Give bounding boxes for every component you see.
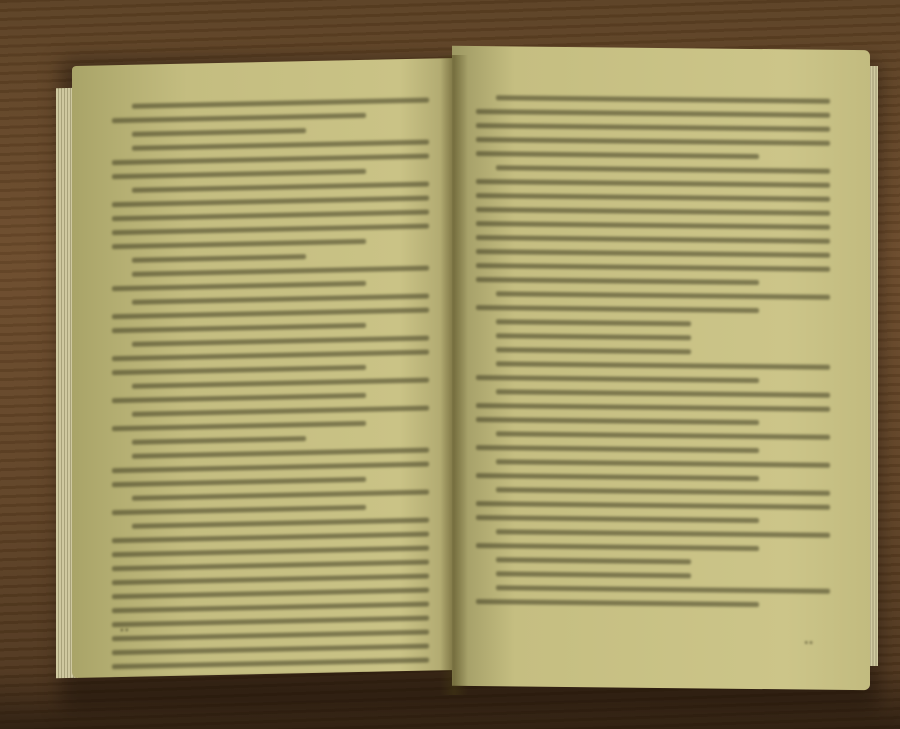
paragraph [476, 431, 830, 454]
text-line [112, 210, 429, 222]
text-line [112, 113, 366, 123]
text-line [132, 436, 306, 445]
text-line [476, 221, 830, 230]
text-line [132, 518, 429, 529]
paragraph [476, 557, 830, 566]
text-line [476, 249, 830, 258]
text-line [496, 557, 691, 564]
text-line [112, 616, 429, 628]
text-line [496, 585, 830, 593]
text-line [496, 571, 691, 578]
paragraph [476, 389, 830, 426]
text-line [476, 193, 830, 202]
text-line [112, 365, 366, 375]
text-line [476, 417, 759, 425]
paragraph [112, 518, 429, 678]
text-line [496, 333, 691, 340]
text-line [496, 459, 830, 467]
text-line [476, 515, 759, 523]
text-line [112, 196, 429, 208]
text-line [476, 235, 830, 244]
paragraph [476, 487, 830, 524]
left-page-number: ·· [120, 624, 130, 637]
text-line [132, 336, 429, 347]
text-line [476, 109, 830, 118]
text-line [112, 239, 366, 249]
text-line [112, 281, 366, 291]
text-line [112, 462, 429, 474]
text-line [112, 421, 366, 431]
text-line [476, 179, 830, 188]
paragraph [112, 336, 429, 376]
text-line [112, 560, 429, 572]
paragraph [112, 448, 429, 488]
left-page: ·· [72, 58, 457, 678]
text-line [496, 389, 830, 397]
text-line [496, 529, 830, 537]
book-spine-gutter [440, 55, 468, 695]
text-line [112, 630, 429, 642]
paragraph [476, 165, 830, 286]
paragraph [112, 378, 429, 404]
text-line [476, 599, 759, 607]
paragraph [112, 266, 429, 292]
right-page-text [476, 86, 830, 617]
text-line [496, 431, 830, 439]
text-line [476, 375, 759, 383]
paragraph [476, 347, 830, 356]
paragraph [112, 98, 429, 124]
paragraph [476, 585, 830, 608]
paragraph [112, 294, 429, 334]
text-line [112, 393, 366, 403]
paragraph [112, 434, 429, 446]
paragraph [476, 95, 830, 160]
text-line [132, 182, 429, 193]
text-line [476, 403, 830, 412]
text-line [132, 140, 429, 151]
text-line [132, 128, 306, 137]
paragraph [476, 319, 830, 328]
text-line [132, 266, 429, 277]
text-line [132, 98, 429, 109]
text-line [112, 602, 429, 614]
text-line [112, 574, 429, 586]
text-line [496, 347, 691, 354]
text-line [112, 532, 429, 544]
paragraph [112, 406, 429, 432]
text-line [132, 406, 429, 417]
text-line [132, 490, 429, 501]
left-page-text [112, 89, 429, 678]
text-line [476, 207, 830, 216]
paragraph [476, 361, 830, 384]
text-line [476, 137, 830, 146]
text-line [112, 505, 366, 515]
text-line [496, 361, 830, 369]
text-line [112, 224, 429, 236]
paragraph [476, 459, 830, 482]
text-line [112, 546, 429, 558]
paragraph [476, 333, 830, 342]
text-line [496, 95, 830, 103]
paragraph [112, 490, 429, 516]
text-line [476, 123, 830, 132]
right-page: ·· [452, 46, 870, 690]
text-line [112, 323, 366, 333]
paragraph [112, 182, 429, 250]
text-line [496, 487, 830, 495]
text-line [476, 151, 759, 159]
text-line [132, 254, 306, 263]
paragraph [476, 529, 830, 552]
text-line [132, 448, 429, 459]
text-line [112, 154, 429, 166]
text-line [496, 165, 830, 173]
text-line [112, 644, 429, 656]
text-line [132, 294, 429, 305]
text-line [476, 445, 759, 453]
text-line [112, 588, 429, 600]
text-line [496, 291, 830, 299]
text-line [132, 378, 429, 389]
text-line [112, 350, 429, 362]
text-line [496, 319, 691, 326]
paragraph [112, 126, 429, 138]
text-line [112, 658, 429, 670]
text-line [112, 308, 429, 320]
text-line [112, 477, 366, 487]
text-line [112, 169, 366, 179]
text-line [476, 543, 759, 551]
text-line [476, 263, 830, 272]
text-line [476, 277, 759, 285]
paragraph [476, 571, 830, 580]
paragraph [476, 291, 830, 314]
paragraph [112, 252, 429, 264]
paragraph [112, 140, 429, 180]
right-page-number: ·· [804, 637, 814, 650]
text-line [476, 305, 759, 313]
text-line [476, 501, 830, 510]
text-line [476, 473, 759, 481]
